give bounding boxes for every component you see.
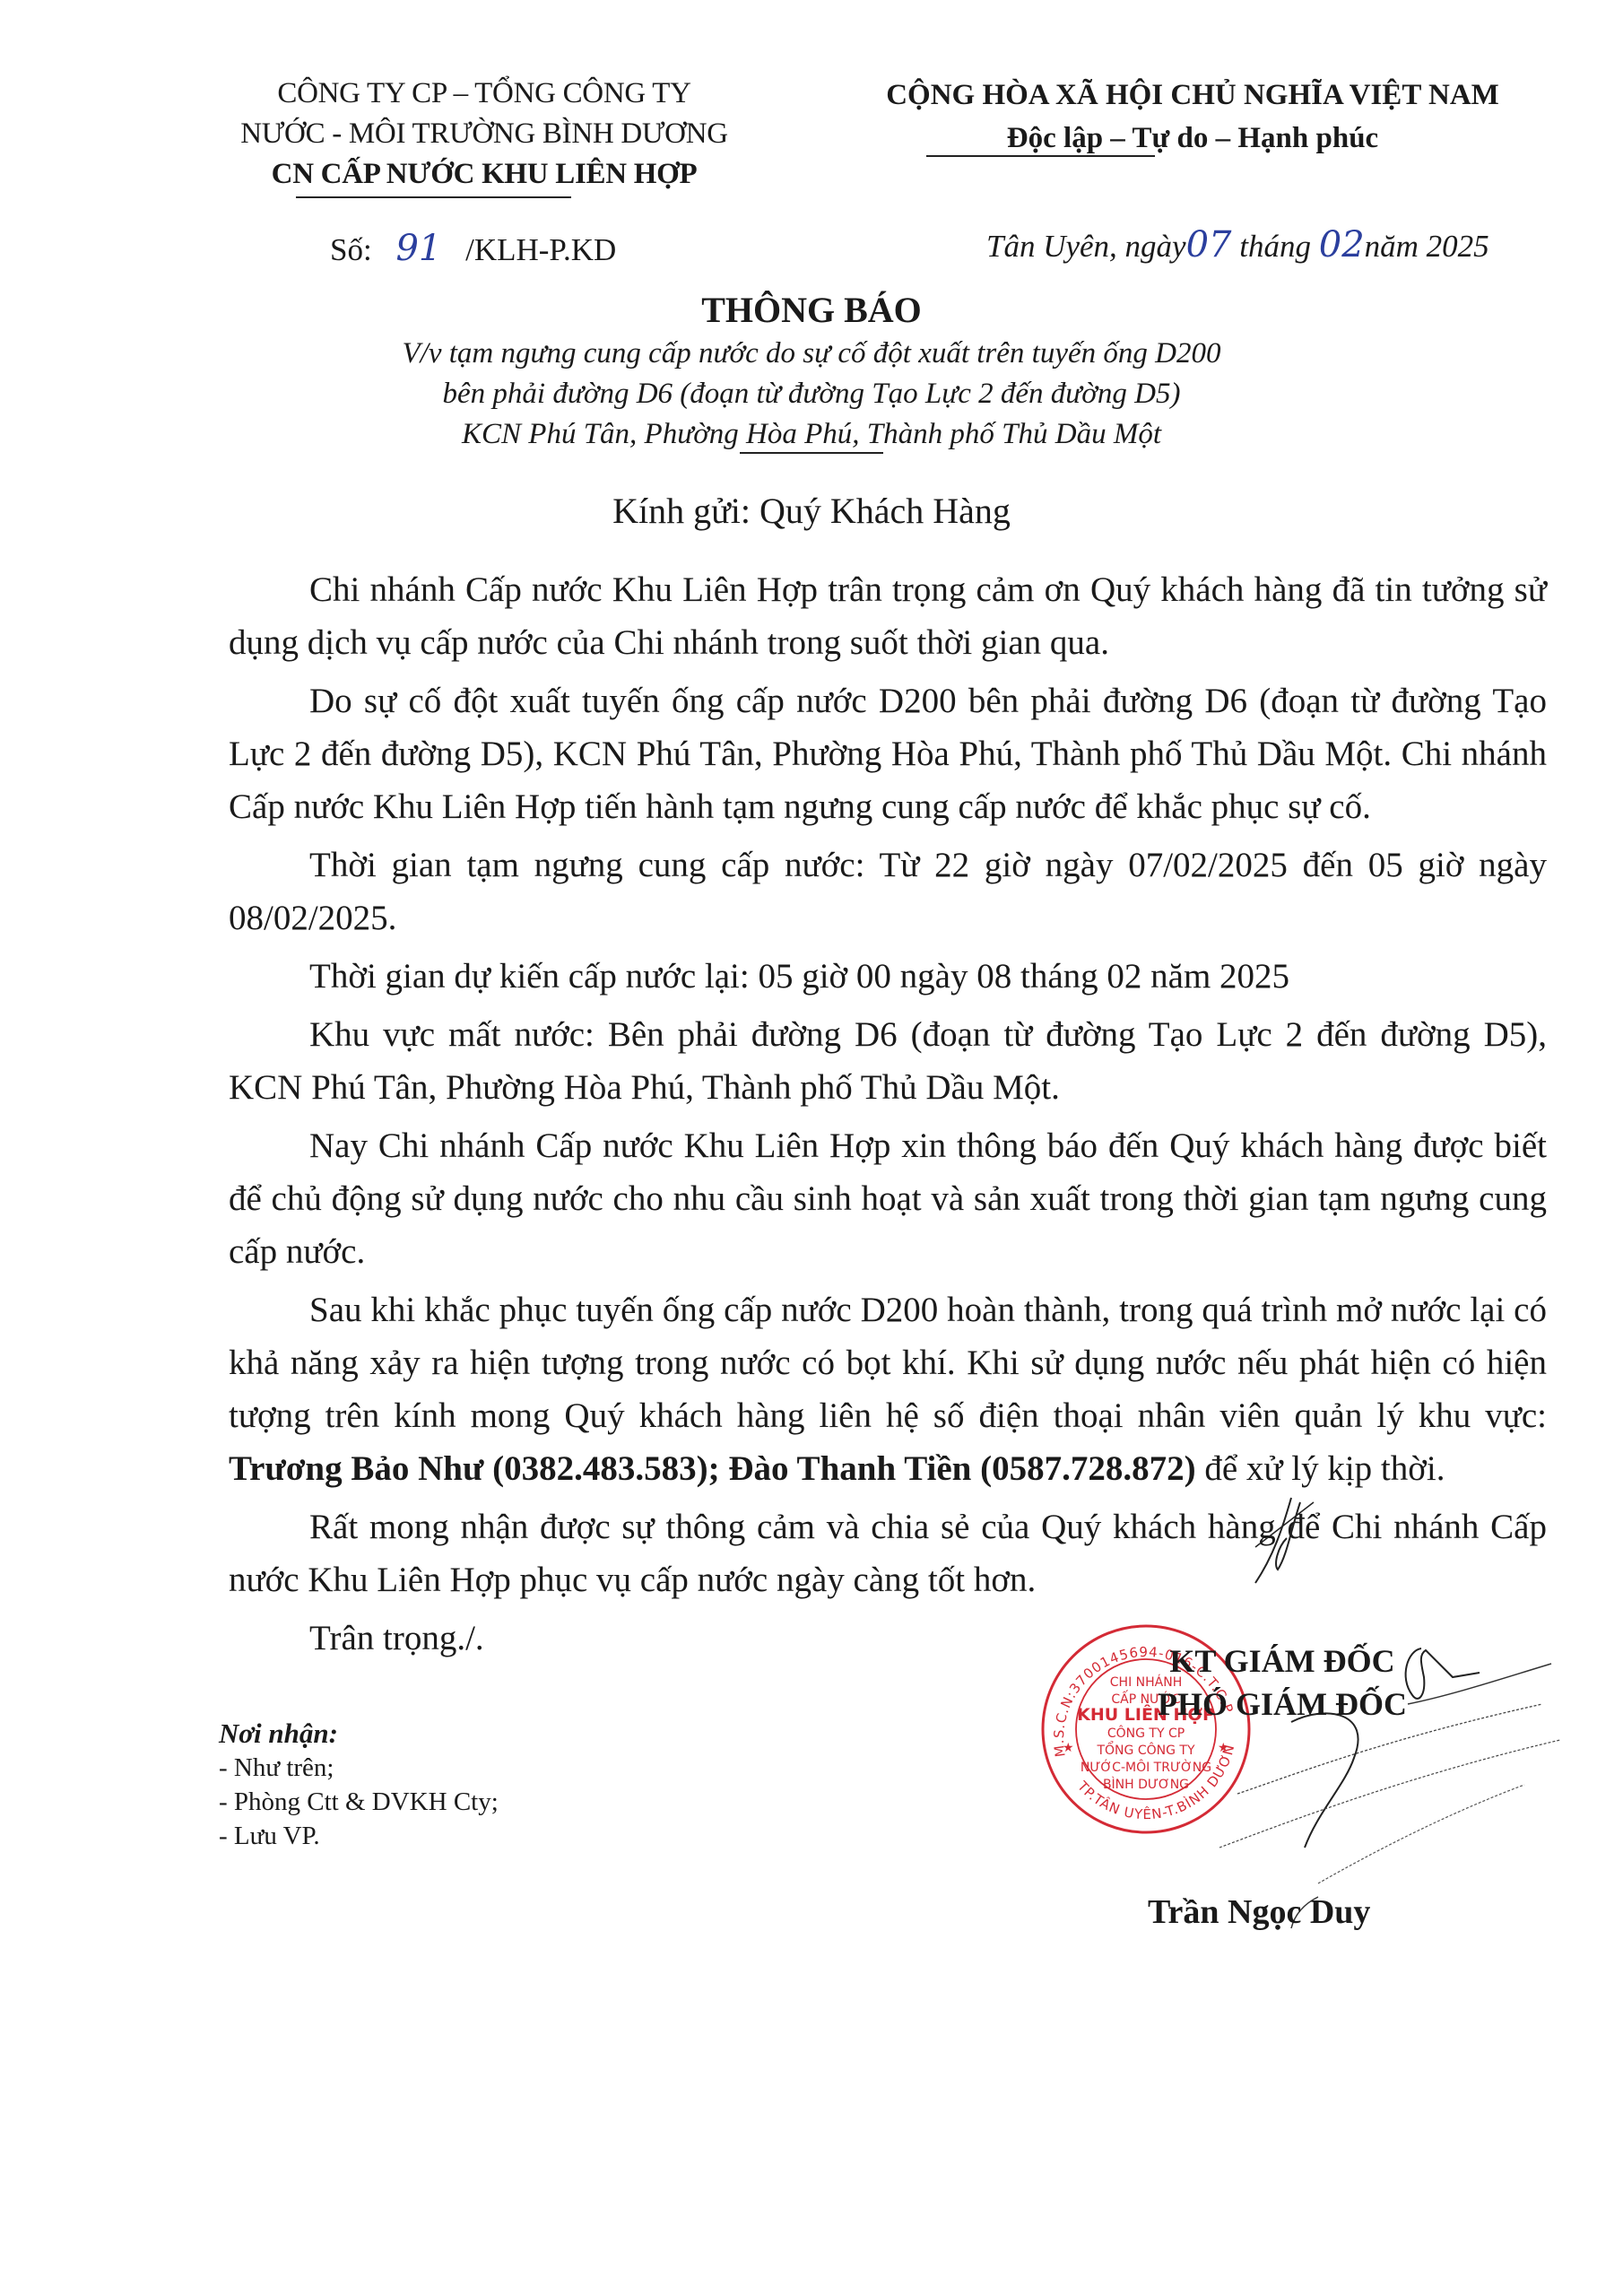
paragraph-notice: Nay Chi nhánh Cấp nước Khu Liên Hợp xin … [229, 1119, 1547, 1278]
paragraph-affected-area: Khu vực mất nước: Bên phải đường D6 (đoạ… [229, 1008, 1547, 1114]
notice-body: Chi nhánh Cấp nước Khu Liên Hợp trân trọ… [229, 563, 1547, 1670]
paragraph-incident: Do sự cố đột xuất tuyến ống cấp nước D20… [229, 674, 1547, 833]
subject-line-1: V/v tạm ngưng cung cấp nước do sự cố đột… [0, 334, 1623, 374]
national-motto: Độc lập – Tự do – Hạnh phúc [843, 117, 1542, 160]
document-title: THÔNG BÁO [0, 289, 1623, 331]
paragraph-contacts: Sau khi khắc phục tuyến ống cấp nước D20… [229, 1283, 1547, 1495]
stamp-line: TỔNG CÔNG TY [1096, 1741, 1194, 1758]
subject-underline [740, 452, 883, 454]
issuing-organization: CÔNG TY CP – TỔNG CÔNG TY NƯỚC - MÔI TRƯ… [206, 74, 762, 195]
initial-mark-icon [1237, 1493, 1345, 1592]
document-number: Số: 91 /KLH-P.KD [330, 228, 616, 269]
signature-title-1: KT GIÁM ĐỐC [1112, 1639, 1453, 1683]
signature-block: KT GIÁM ĐỐC PHÓ GIÁM ĐỐC [1112, 1639, 1453, 1726]
paragraph-appreciation: Rất mong nhận được sự thông cảm và chia … [229, 1500, 1547, 1606]
doc-number-prefix: Số: [330, 232, 372, 267]
recipient-item: - Phòng Ctt & DVKH Cty; [219, 1785, 499, 1819]
paragraph-gratitude: Chi nhánh Cấp nước Khu Liên Hợp trân trọ… [229, 563, 1547, 669]
document-subject: V/v tạm ngưng cung cấp nước do sự cố đột… [0, 334, 1623, 455]
doc-number-suffix: /KLH-P.KD [465, 232, 616, 267]
recipients-label: Nơi nhận: [219, 1717, 499, 1751]
paragraph-restore-time: Thời gian dự kiến cấp nước lại: 05 giờ 0… [229, 950, 1547, 1003]
contacts-intro: Sau khi khắc phục tuyến ống cấp nước D20… [229, 1291, 1547, 1435]
motto-underline [926, 155, 1155, 157]
stamp-line: CÔNG TY CP [1107, 1725, 1185, 1741]
national-title: CỘNG HÒA XÃ HỘI CHỦ NGHĨA VIỆT NAM [843, 74, 1542, 117]
subject-line-2: bên phải đường D6 (đoạn từ đường Tạo Lực… [0, 374, 1623, 414]
date-month-label: tháng [1239, 229, 1311, 264]
signature-title-2: PHÓ GIÁM ĐỐC [1112, 1683, 1453, 1726]
greeting: Kính gửi: Quý Khách Hàng [0, 490, 1623, 532]
date-year: năm 2025 [1365, 229, 1489, 264]
recipient-item: - Lưu VP. [219, 1819, 499, 1853]
subject-line-3: KCN Phú Tân, Phường Hòa Phú, Thành phố T… [0, 414, 1623, 455]
contacts-names-phones: Trương Bảo Như (0382.483.583); Đào Thanh… [229, 1449, 1196, 1488]
signer-name: Trần Ngọc Duy [1148, 1892, 1370, 1932]
recipient-item: - Như trên; [219, 1751, 499, 1785]
date-day: 07 [1186, 224, 1232, 265]
branch-name: CN CẤP NƯỚC KHU LIÊN HỢP [206, 154, 762, 195]
contacts-outro: để xử lý kịp thời. [1196, 1449, 1445, 1488]
stamp-star-icon: ★ [1063, 1742, 1074, 1755]
date-month: 02 [1319, 224, 1365, 265]
national-header: CỘNG HÒA XÃ HỘI CHỦ NGHĨA VIỆT NAM Độc l… [843, 74, 1542, 160]
branch-underline [296, 196, 571, 198]
paragraph-outage-time: Thời gian tạm ngưng cung cấp nước: Từ 22… [229, 839, 1547, 944]
date-line: Tân Uyên, ngày07 tháng 02năm 2025 [986, 224, 1489, 265]
org-line-1: CÔNG TY CP – TỔNG CÔNG TY [206, 74, 762, 114]
doc-number-handwritten: 91 [395, 228, 441, 269]
date-place: Tân Uyên, ngày [986, 229, 1186, 264]
recipients-block: Nơi nhận: - Như trên; - Phòng Ctt & DVKH… [219, 1717, 499, 1853]
stamp-line: BÌNH DƯƠNG [1103, 1777, 1189, 1792]
org-line-2: NƯỚC - MÔI TRƯỜNG BÌNH DƯƠNG [206, 114, 762, 154]
